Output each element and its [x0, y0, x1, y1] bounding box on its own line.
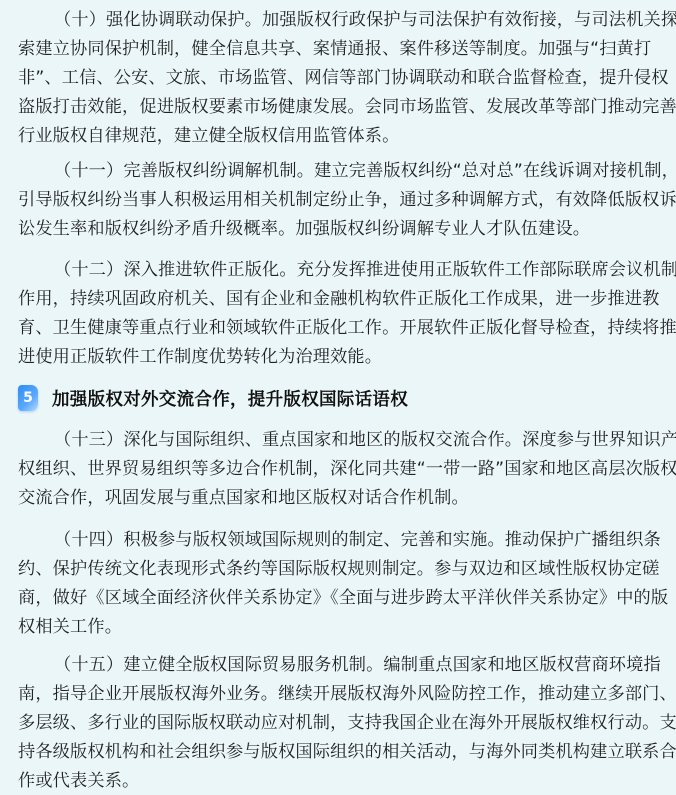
paragraph-line: 进使用正版软件工作制度优势转化为治理效能。 [18, 343, 658, 372]
paragraph-line: （十）强化协调联动保护。加强版权行政保护与司法保护有效衔接，与司法机关探 [18, 6, 658, 35]
paragraph-line: 南，指导企业开展版权海外业务。继续开展版权海外风险防控工作，推动建立多部门、 [18, 680, 658, 709]
paragraph-line: 讼发生率和版权纠纷矛盾升级概率。加强版权纠纷调解专业人才队伍建设。 [18, 215, 658, 244]
paragraph-line: 持各级版权机构和社会组织参与版权国际组织的相关活动，与海外同类机构建立联系合 [18, 738, 658, 767]
paragraph-line: 作用，持续巩固政府机关、国有企业和金融机构软件正版化工作成果，进一步推进教 [18, 285, 658, 314]
paragraph-line: 交流合作，巩固发展与重点国家和地区版权对话合作机制。 [18, 484, 658, 513]
paragraph-line: 作或代表关系。 [18, 767, 658, 795]
paragraph-11: （十一）完善版权纠纷调解机制。建立完善版权纠纷“总对总”在线诉调对接机制， 引导… [18, 157, 658, 244]
paragraph-line: 权组织、世界贸易组织等多边合作机制，深化同共建“一带一路”国家和地区高层次版权 [18, 455, 658, 484]
paragraph-line: 商，做好《区域全面经济伙伴关系协定》《全面与进步跨太平洋伙伴关系协定》中的版 [18, 584, 658, 613]
paragraph-line: （十二）深入推进软件正版化。充分发挥推进使用正版软件工作部际联席会议机制 [18, 256, 658, 285]
section-number-badge: 5 [18, 385, 38, 411]
paragraph-line: 约、保护传统文化表现形式条约等国际版权规则制定。参与双边和区域性版权协定磋 [18, 555, 658, 584]
paragraph-line: （十三）深化与国际组织、重点国家和地区的版权交流合作。深度参与世界知识产 [18, 426, 658, 455]
paragraph-14: （十四）积极参与版权领域国际规则的制定、完善和实施。推动保护广播组织条 约、保护… [18, 526, 658, 642]
paragraph-line: 盗版打击效能，促进版权要素市场健康发展。会同市场监管、发展改革等部门推动完善 [18, 93, 658, 122]
paragraph-line: （十一）完善版权纠纷调解机制。建立完善版权纠纷“总对总”在线诉调对接机制， [18, 157, 658, 186]
paragraph-line: 非”、工信、公安、文旅、市场监管、网信等部门协调联动和联合监督检查，提升侵权 [18, 64, 658, 93]
section-heading-text: 加强版权对外交流合作，提升版权国际话语权 [52, 386, 408, 411]
paragraph-15: （十五）建立健全版权国际贸易服务机制。编制重点国家和地区版权营商环境指 南，指导… [18, 651, 658, 795]
paragraph-line: 引导版权纠纷当事人积极运用相关机制定纷止争，通过多种调解方式，有效降低版权诉 [18, 186, 658, 215]
paragraph-line: 育、卫生健康等重点行业和领域软件正版化工作。开展软件正版化督导检查，持续将推 [18, 314, 658, 343]
paragraph-line: 权相关工作。 [18, 613, 658, 642]
paragraph-line: 多层级、多行业的国际版权联动应对机制，支持我国企业在海外开展版权维权行动。支 [18, 709, 658, 738]
paragraph-13: （十三）深化与国际组织、重点国家和地区的版权交流合作。深度参与世界知识产 权组织… [18, 426, 658, 513]
document-page: （十）强化协调联动保护。加强版权行政保护与司法保护有效衔接，与司法机关探 索建立… [0, 0, 676, 795]
paragraph-12: （十二）深入推进软件正版化。充分发挥推进使用正版软件工作部际联席会议机制 作用，… [18, 256, 658, 372]
paragraph-10: （十）强化协调联动保护。加强版权行政保护与司法保护有效衔接，与司法机关探 索建立… [18, 6, 658, 151]
paragraph-line: 索建立协同保护机制，健全信息共享、案情通报、案件移送等制度。加强与“扫黄打 [18, 35, 658, 64]
paragraph-line: （十四）积极参与版权领域国际规则的制定、完善和实施。推动保护广播组织条 [18, 526, 658, 555]
paragraph-line: （十五）建立健全版权国际贸易服务机制。编制重点国家和地区版权营商环境指 [18, 651, 658, 680]
section-heading: 5 加强版权对外交流合作，提升版权国际话语权 [18, 382, 408, 414]
paragraph-line: 行业版权自律规范，建立健全版权信用监管体系。 [18, 122, 658, 151]
